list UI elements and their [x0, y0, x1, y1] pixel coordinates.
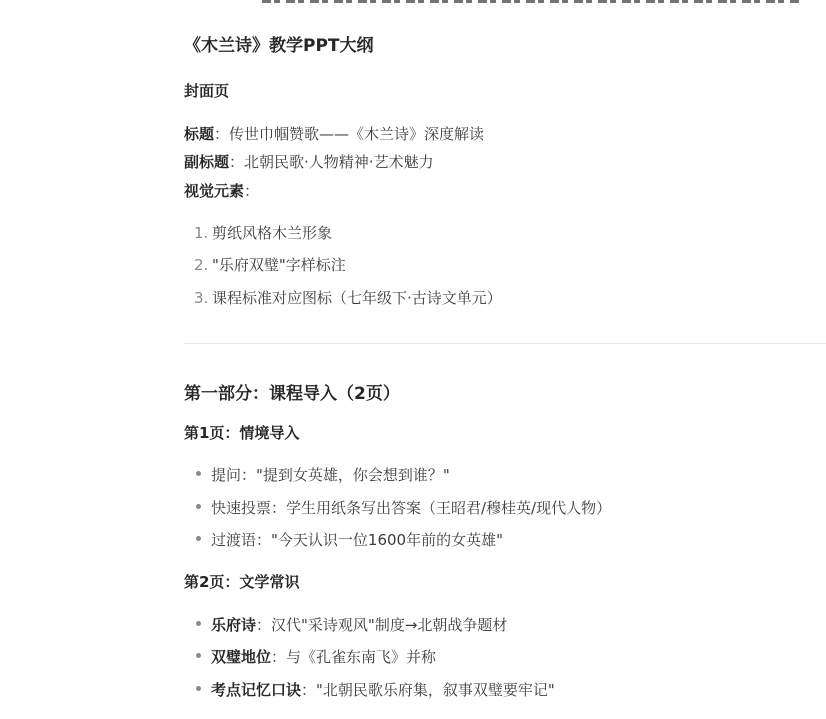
list-item: 2."乐府双璧"字样标注 [194, 254, 346, 275]
field-sep: ： [244, 182, 259, 200]
list-item: 双璧地位：与《孔雀东南飞》并称 [196, 646, 436, 667]
cover-field-subtitle: 副标题：北朝民歌·人物精神·艺术魅力 [184, 151, 434, 172]
bullet-icon [196, 536, 201, 541]
list-number: 3. [194, 289, 212, 307]
bullet-icon [196, 621, 201, 626]
list-item: 3.课程标准对应图标（七年级下·古诗文单元） [194, 287, 502, 308]
list-text: 汉代"采诗观风"制度→北朝战争题材 [271, 616, 507, 634]
field-label: 标题 [184, 125, 214, 143]
field-sep: ： [214, 125, 229, 143]
list-text: 课程标准对应图标（七年级下·古诗文单元） [212, 289, 502, 307]
item-label: 双璧地位 [211, 648, 271, 666]
list-item: 考点记忆口诀："北朝民歌乐府集，叙事双璧要牢记" [196, 679, 555, 700]
bullet-icon [196, 504, 201, 509]
list-text: 剪纸风格木兰形象 [212, 224, 332, 242]
list-text: 快速投票：学生用纸条写出答案（王昭君/穆桂英/现代人物） [211, 499, 611, 517]
list-text: "乐府双璧"字样标注 [212, 256, 346, 274]
list-text: 过渡语："今天认识一位1600年前的女英雄" [211, 531, 503, 549]
bullet-icon [196, 471, 201, 476]
field-label: 视觉元素 [184, 182, 244, 200]
item-sep: ： [256, 616, 271, 634]
field-sep: ： [229, 153, 244, 171]
item-label: 乐府诗 [211, 616, 256, 634]
list-text: 提问："提到女英雄，你会想到谁？" [211, 466, 450, 484]
field-label: 副标题 [184, 153, 229, 171]
list-item: 乐府诗：汉代"采诗观风"制度→北朝战争题材 [196, 614, 507, 635]
cover-heading: 封面页 [184, 80, 229, 101]
list-item: 快速投票：学生用纸条写出答案（王昭君/穆桂英/现代人物） [196, 497, 611, 518]
section-divider [184, 343, 826, 344]
bullet-icon [196, 686, 201, 691]
item-sep: ： [301, 681, 316, 699]
item-sep: ： [271, 648, 286, 666]
list-text: "北朝民歌乐府集，叙事双璧要牢记" [316, 681, 555, 699]
list-number: 2. [194, 256, 212, 274]
field-value: 北朝民歌·人物精神·艺术魅力 [244, 153, 434, 171]
document-title: 《木兰诗》教学PPT大纲 [184, 31, 374, 56]
page2-heading: 第2页：文学常识 [184, 571, 299, 592]
list-number: 1. [194, 224, 212, 242]
part1-title: 第一部分：课程导入（2页） [184, 379, 400, 404]
page1-heading: 第1页：情境导入 [184, 422, 299, 443]
cover-field-visual: 视觉元素： [184, 180, 259, 201]
field-value: 传世巾帼赞歌——《木兰诗》深度解读 [229, 125, 484, 143]
list-item: 过渡语："今天认识一位1600年前的女英雄" [196, 529, 503, 550]
cover-field-title: 标题：传世巾帼赞歌——《木兰诗》深度解读 [184, 123, 484, 144]
list-item: 1.剪纸风格木兰形象 [194, 222, 332, 243]
clipped-text-line [262, 0, 802, 3]
bullet-icon [196, 653, 201, 658]
item-label: 考点记忆口诀 [211, 681, 301, 699]
list-text: 与《孔雀东南飞》并称 [286, 648, 436, 666]
list-item: 提问："提到女英雄，你会想到谁？" [196, 464, 450, 485]
